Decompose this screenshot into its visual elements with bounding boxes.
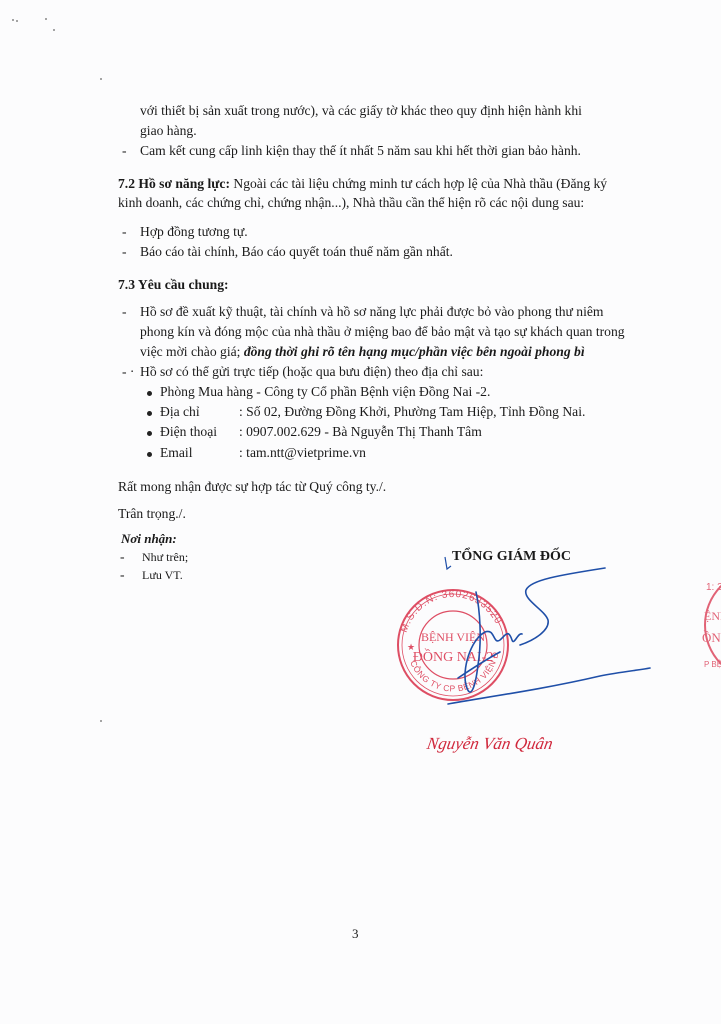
svg-text:CÔNG TY CP BỆNH VIỆN ĐỒNG NAI-: CÔNG TY CP BỆNH VIỆN ĐỒNG NAI-2 <box>0 0 501 693</box>
svg-text:BỆNH VIỆN: BỆNH VIỆN <box>421 630 485 644</box>
signer-name: Nguyễn Văn Quân <box>425 734 554 754</box>
svg-text:★: ★ <box>407 642 415 652</box>
company-stamp-icon: M.S.D.N: 3602633520 CÔNG TY CP BỆNH VIỆN… <box>0 0 508 700</box>
svg-text:1: 3: 1: 3 <box>706 582 721 593</box>
document-page: với thiết bị sản xuất trong nước), và cá… <box>0 0 721 1024</box>
svg-text:ỆNH: ỆNH <box>704 609 721 623</box>
svg-text:P BỆN: P BỆN <box>704 660 721 669</box>
stamp-and-signature: M.S.D.N: 3602633520 CÔNG TY CP BỆNH VIỆN… <box>0 0 721 1024</box>
page-number: 3 <box>352 926 359 942</box>
partial-stamp-icon: 1: 3 ỆNH ỒNC P BỆN <box>702 570 721 680</box>
svg-text:ỒNC: ỒNC <box>702 630 721 645</box>
